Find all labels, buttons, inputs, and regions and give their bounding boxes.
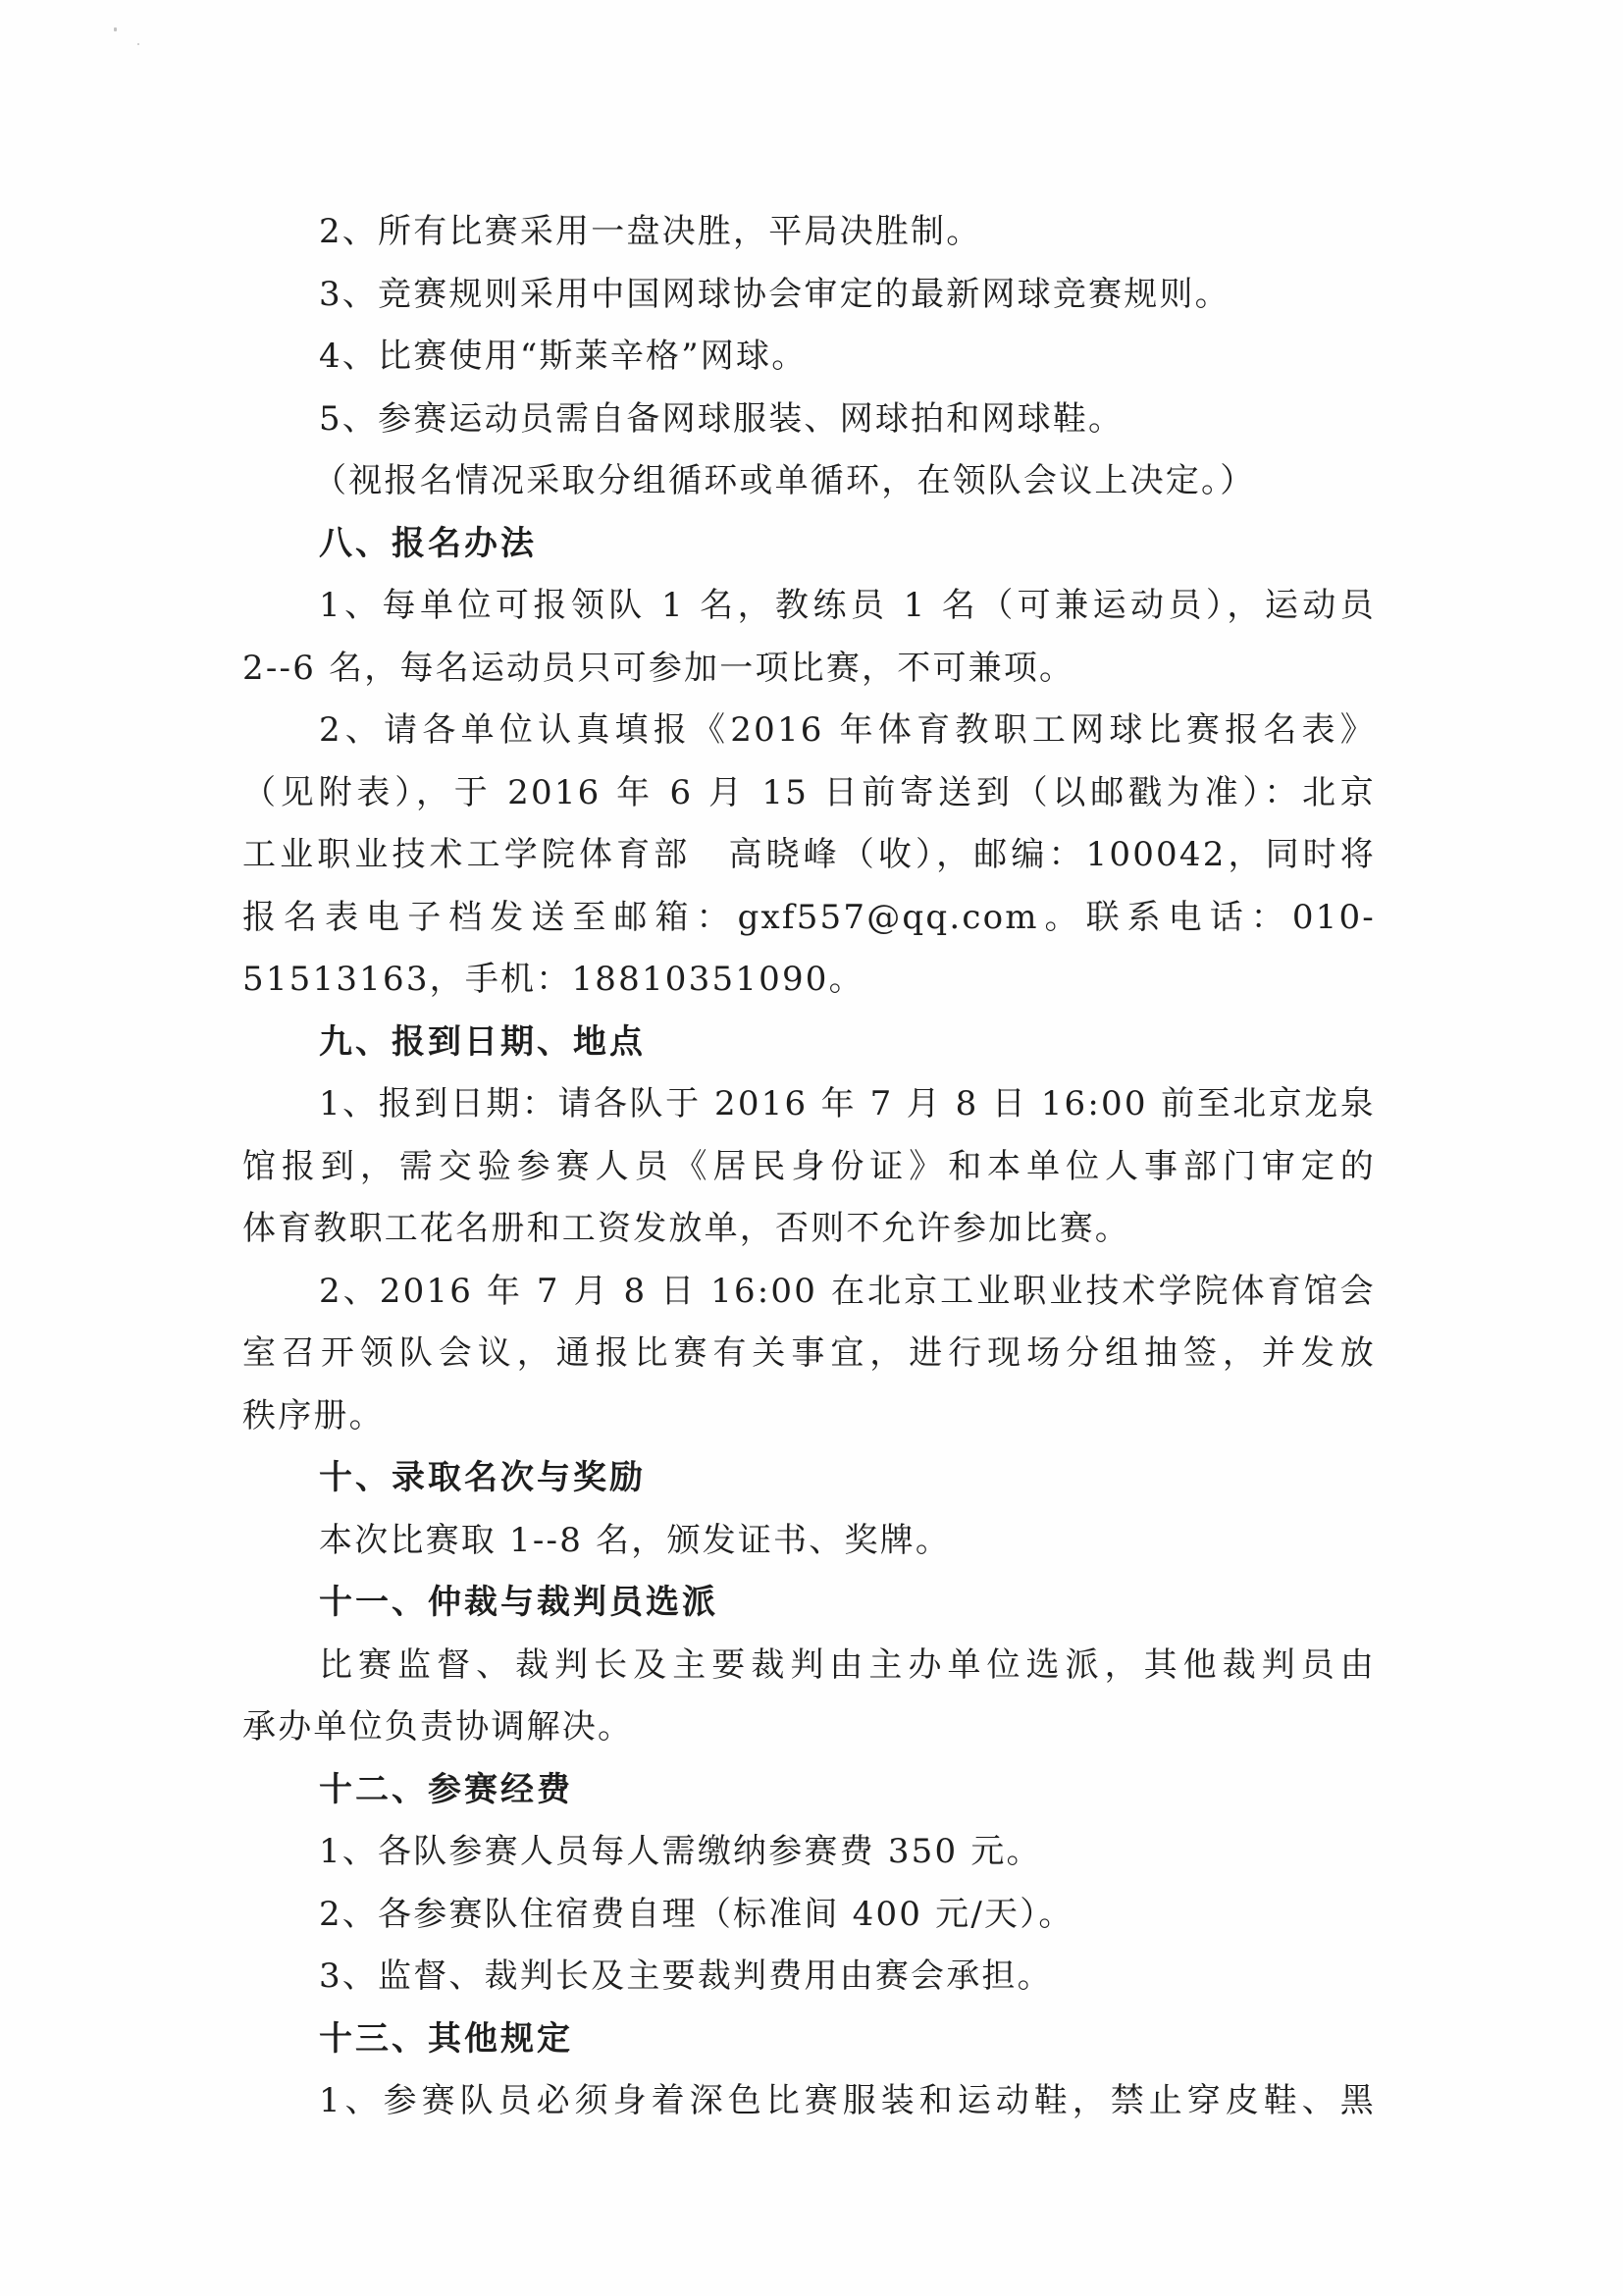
registration-item-1-cont: 2--6 名，每名运动员只可参加一项比赛，不可兼项。 xyxy=(242,638,1376,701)
rule-item-5: 5、参赛运动员需自备网球服装、网球拍和网球鞋。 xyxy=(242,389,1376,451)
registration-contact-email: 报名表电子档发送至邮箱：gxf557@qq.com。联系电话：010- xyxy=(242,887,1376,950)
scan-speck xyxy=(137,43,139,45)
registration-item-2: 2、请各单位认真填报《2016 年体育教职工网球比赛报名表》 xyxy=(242,700,1376,762)
registration-item-2-cont-2: 工业职业技术工学院体育部 高晓峰（收），邮编：100042，同时将 xyxy=(242,824,1376,887)
fees-item-2: 2、各参赛队住宿费自理（标准间 400 元/天）。 xyxy=(242,1884,1376,1947)
rule-item-3: 3、竞赛规则采用中国网球协会审定的最新网球竞赛规则。 xyxy=(242,264,1376,327)
document-page: 2、所有比赛采用一盘决胜，平局决胜制。 3、竞赛规则采用中国网球协会审定的最新网… xyxy=(0,0,1623,2296)
registration-item-1: 1、每单位可报领队 1 名，教练员 1 名（可兼运动员），运动员 xyxy=(242,575,1376,638)
scan-speck xyxy=(114,27,117,31)
section-heading-referees: 十一、仲裁与裁判员选派 xyxy=(242,1572,1376,1635)
referees-text: 比赛监督、裁判长及主要裁判由主办单位选派，其他裁判员由 xyxy=(242,1635,1376,1697)
check-in-item-1: 1、报到日期：请各队于 2016 年 7 月 8 日 16:00 前至北京龙泉宾 xyxy=(242,1073,1376,1136)
check-in-item-2: 2、2016 年 7 月 8 日 16:00 在北京工业职业技术学院体育馆会议 xyxy=(242,1261,1376,1324)
rule-item-4: 4、比赛使用“斯莱辛格”网球。 xyxy=(242,326,1376,389)
section-heading-registration: 八、报名办法 xyxy=(242,513,1376,576)
rule-item-2: 2、所有比赛采用一盘决胜，平局决胜制。 xyxy=(242,201,1376,264)
section-heading-awards: 十、录取名次与奖励 xyxy=(242,1447,1376,1510)
fees-item-3: 3、监督、裁判长及主要裁判费用由赛会承担。 xyxy=(242,1946,1376,2009)
section-heading-check-in: 九、报到日期、地点 xyxy=(242,1012,1376,1074)
document-body: 2、所有比赛采用一盘决胜，平局决胜制。 3、竞赛规则采用中国网球协会审定的最新网… xyxy=(242,201,1376,2133)
check-in-item-2-cont-2: 秩序册。 xyxy=(242,1385,1376,1448)
section-heading-other-rules: 十三、其他规定 xyxy=(242,2009,1376,2071)
format-note: （视报名情况采取分组循环或单循环，在领队会议上决定。） xyxy=(242,450,1376,513)
fees-item-1: 1、各队参赛人员每人需缴纳参赛费 350 元。 xyxy=(242,1821,1376,1884)
check-in-item-1-cont-2: 体育教职工花名册和工资发放单，否则不允许参加比赛。 xyxy=(242,1198,1376,1261)
check-in-item-2-cont-1: 室召开领队会议，通报比赛有关事宜，进行现场分组抽签，并发放 xyxy=(242,1323,1376,1385)
section-heading-fees: 十二、参赛经费 xyxy=(242,1759,1376,1822)
referees-text-cont: 承办单位负责协调解决。 xyxy=(242,1696,1376,1759)
registration-item-2-cont-1: （见附表），于 2016 年 6 月 15 日前寄送到（以邮戳为准）：北京 xyxy=(242,762,1376,825)
awards-text: 本次比赛取 1--8 名，颁发证书、奖牌。 xyxy=(242,1510,1376,1573)
check-in-item-1-cont-1: 馆报到，需交验参赛人员《居民身份证》和本单位人事部门审定的 xyxy=(242,1136,1376,1199)
registration-contact-phone: 51513163，手机：18810351090。 xyxy=(242,949,1376,1012)
other-rules-item-1: 1、参赛队员必须身着深色比赛服装和运动鞋，禁止穿皮鞋、黑 xyxy=(242,2070,1376,2133)
